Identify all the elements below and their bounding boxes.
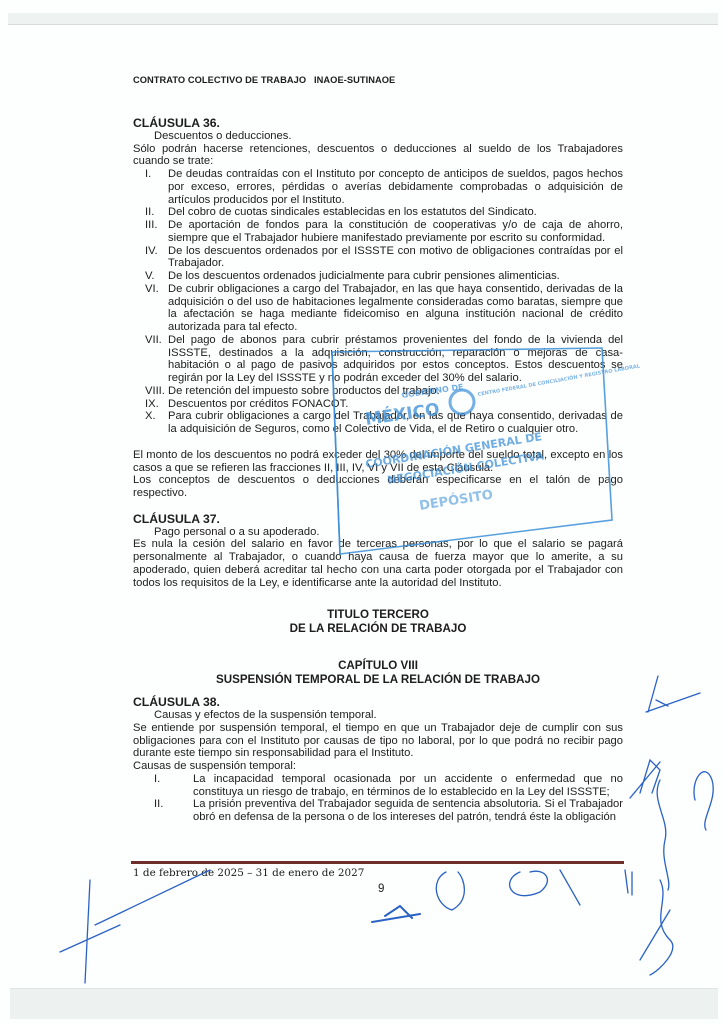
item-number: II.	[145, 206, 154, 219]
list-item: VII.Del pago de abonos para cubrir prést…	[133, 334, 623, 385]
item-number: X.	[145, 410, 156, 423]
item-number: VII.	[145, 334, 162, 347]
page-number: 9	[378, 883, 384, 895]
item-text: De cubrir obligaciones a cargo del Traba…	[168, 283, 623, 333]
document-body: CLÁUSULA 36. Descuentos o deducciones. S…	[133, 117, 623, 824]
signature-icon	[372, 906, 420, 922]
item-text: Del pago de abonos para cubrir préstamos…	[168, 334, 623, 384]
scan-edge-top	[8, 13, 718, 25]
list-item: I.La incapacidad temporal ocasionada por…	[133, 773, 623, 799]
signature-icon	[646, 676, 700, 712]
item-number: IX.	[145, 398, 159, 411]
signature-icon	[640, 880, 673, 975]
item-text: Para cubrir obligaciones a cargo del Tra…	[168, 410, 623, 435]
signature-icon	[436, 872, 464, 910]
clause-36-limit-paragraph: El monto de los descuentos no podrá exce…	[133, 449, 623, 475]
clause-38-body: Se entiende por suspensión temporal, el …	[133, 722, 623, 760]
signature-icon	[630, 760, 660, 798]
item-number: I.	[154, 773, 160, 786]
item-text: Del cobro de cuotas sindicales estableci…	[168, 206, 537, 218]
scan-edge-bottom	[10, 988, 718, 1019]
clause-38-causes-label: Causas de suspensión temporal:	[133, 760, 623, 773]
signature-icon	[694, 772, 713, 830]
list-item: X.Para cubrir obligaciones a cargo del T…	[133, 410, 623, 436]
list-item: IX.Descuentos por créditos FONACOT.	[133, 398, 623, 411]
list-item: IV.De los descuentos ordenados por el IS…	[133, 245, 623, 271]
item-text: De deudas contraídas con el Instituto po…	[168, 168, 623, 206]
list-item: V.De los descuentos ordenados judicialme…	[133, 270, 623, 283]
item-text: La incapacidad temporal ocasionada por u…	[193, 773, 623, 798]
item-number: VIII.	[145, 385, 165, 398]
chapter-heading: CAPÍTULO VIII	[133, 659, 623, 673]
item-text: De los descuentos ordenados judicialment…	[168, 270, 560, 282]
clause-36-concepts-paragraph: Los conceptos de descuentos o deduccione…	[133, 474, 623, 500]
list-item: VIII.De retención del impuesto sobre pro…	[133, 385, 623, 398]
item-number: III.	[145, 219, 157, 232]
item-number: II.	[154, 798, 163, 811]
list-item: VI.De cubrir obligaciones a cargo del Tr…	[133, 283, 623, 334]
footer-validity-dates: 1 de febrero de 2025 – 31 de enero de 20…	[133, 867, 364, 879]
title-subheading: DE LA RELACIÓN DE TRABAJO	[133, 622, 623, 636]
title-heading: TITULO TERCERO	[133, 608, 623, 622]
clause-37-title: CLÁUSULA 37.	[133, 513, 623, 526]
clause-36-list: I.De deudas contraídas con el Instituto …	[133, 168, 623, 436]
item-text: La prisión preventiva del Trabajador seg…	[193, 798, 623, 823]
clause-38-subtitle: Causas y efectos de la suspensión tempor…	[133, 709, 623, 722]
chapter-subheading: SUSPENSIÓN TEMPORAL DE LA RELACIÓN DE TR…	[133, 673, 623, 687]
item-number: IV.	[145, 245, 158, 258]
list-item: I.De deudas contraídas con el Instituto …	[133, 168, 623, 206]
running-header: CONTRATO COLECTIVO DE TRABAJO INAOE-SUTI…	[133, 75, 395, 85]
item-text: De los descuentos ordenados por el ISSST…	[168, 245, 623, 270]
list-item: II.La prisión preventiva del Trabajador …	[133, 798, 623, 824]
signature-icon	[625, 870, 632, 895]
clause-38-list: I.La incapacidad temporal ocasionada por…	[133, 773, 623, 824]
item-text: De aportación de fondos para la constitu…	[168, 219, 623, 244]
clause-36-subtitle: Descuentos o deducciones.	[133, 130, 623, 143]
signature-icon	[657, 780, 669, 890]
clause-37-subtitle: Pago personal o a su apoderado.	[133, 526, 623, 539]
item-number: VI.	[145, 283, 159, 296]
footer-rule	[131, 861, 624, 864]
list-item: II.Del cobro de cuotas sindicales establ…	[133, 206, 623, 219]
clause-37-body: Es nula la cesión del salario en favor d…	[133, 538, 623, 589]
clause-36-title: CLÁUSULA 36.	[133, 117, 623, 130]
signature-icon	[510, 870, 580, 905]
clause-38-title: CLÁUSULA 38.	[133, 696, 623, 709]
item-number: I.	[145, 168, 151, 181]
list-item: III.De aportación de fondos para la cons…	[133, 219, 623, 245]
item-number: V.	[145, 270, 155, 283]
clause-36-intro: Sólo podrán hacerse retenciones, descuen…	[133, 143, 623, 169]
item-text: Descuentos por créditos FONACOT.	[168, 398, 348, 410]
signature-icon	[60, 870, 210, 983]
item-text: De retención del impuesto sobre producto…	[168, 385, 440, 397]
